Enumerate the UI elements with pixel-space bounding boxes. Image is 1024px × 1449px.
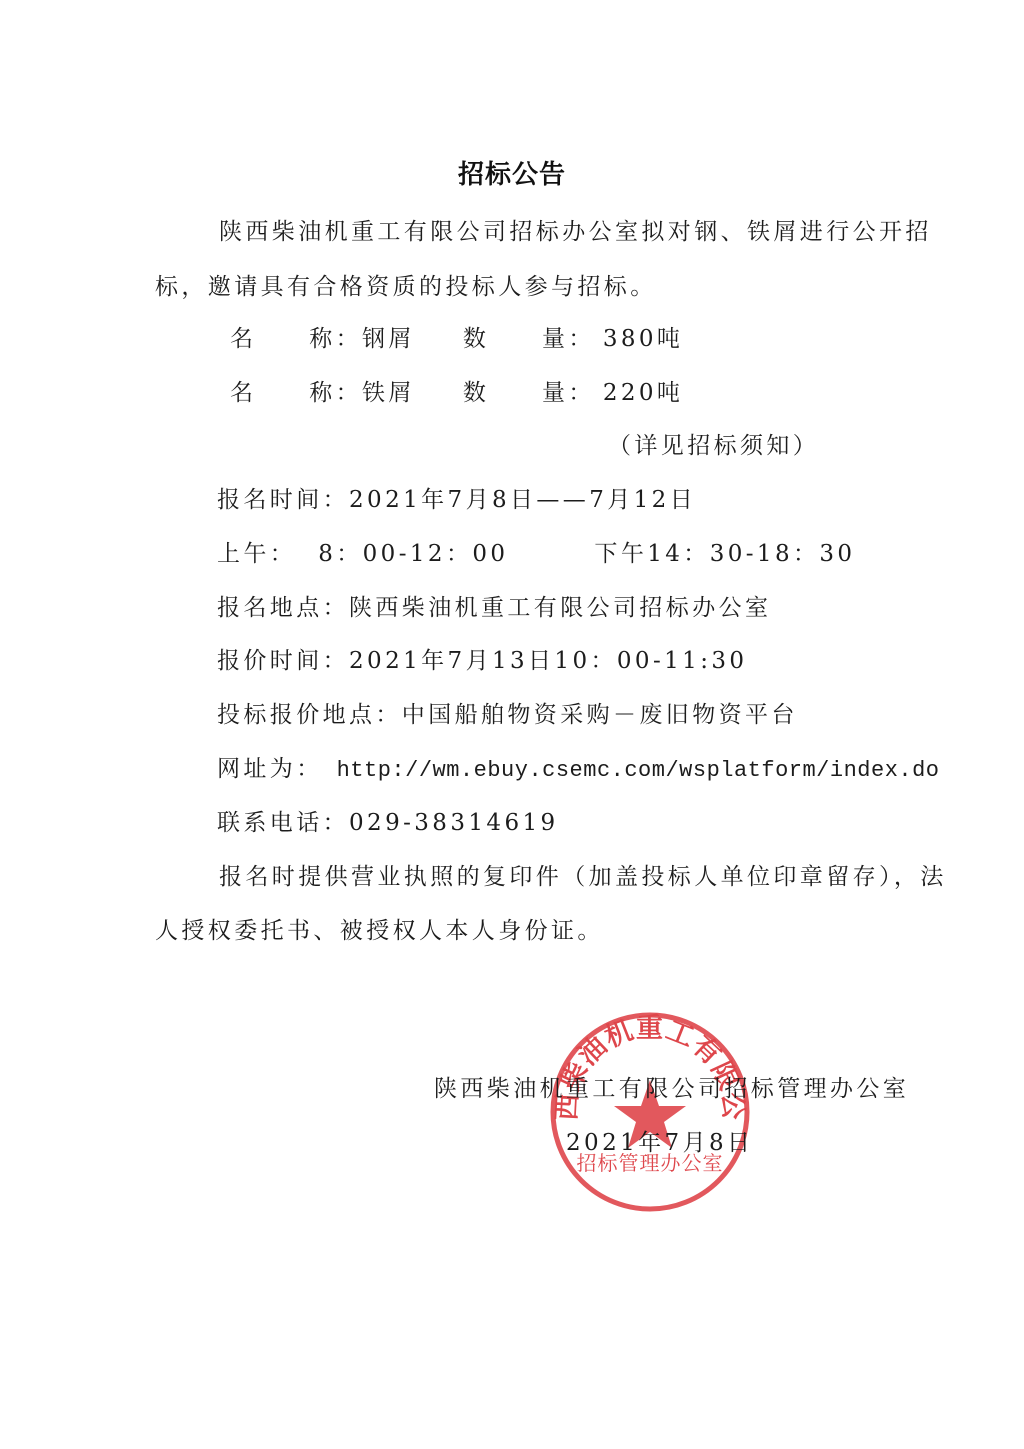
requirements-line-2: 人授权委托书、被授权人本人身份证。 bbox=[155, 916, 604, 946]
item-qty-label: 数 量： bbox=[463, 326, 595, 352]
page-title: 招标公告 bbox=[0, 154, 1024, 191]
morning-label: 上午： bbox=[217, 541, 296, 567]
website-row: 网址为：http://wm.ebuy.csemc.com/wsplatform/… bbox=[217, 754, 940, 786]
item-qty-label: 数 量： bbox=[463, 380, 595, 406]
item-qty-value: 220吨 bbox=[603, 380, 684, 406]
item-row-iron: 名 称：铁屑数 量：220吨 bbox=[230, 378, 683, 408]
details-note: （详见招标须知） bbox=[608, 431, 819, 461]
item-row-steel: 名 称：钢屑数 量：380吨 bbox=[230, 324, 683, 354]
issue-date: 2021年7月8日 bbox=[566, 1128, 753, 1158]
registration-place: 报名地点：陕西柴油机重工有限公司招标办公室 bbox=[217, 593, 771, 623]
morning-hours: 8：00-12：00 bbox=[318, 541, 508, 567]
document-page: 招标公告 陕西柴油机重工有限公司招标办公室拟对钢、铁屑进行公开招 标，邀请具有合… bbox=[0, 0, 1024, 1449]
registration-time: 报名时间：2021年7月8日——7月12日 bbox=[217, 485, 696, 515]
issuer-org: 陕西柴油机重工有限公司招标管理办公室 bbox=[434, 1074, 909, 1104]
requirements-line-1: 报名时提供营业执照的复印件（加盖投标人单位印章留存），法 bbox=[219, 862, 947, 892]
quote-time: 报价时间：2021年7月13日10：00-11:30 bbox=[217, 646, 747, 676]
website-link[interactable]: http://wm.ebuy.csemc.com/wsplatform/inde… bbox=[337, 758, 940, 783]
bid-place: 投标报价地点：中国船舶物资采购－废旧物资平台 bbox=[217, 700, 798, 730]
svg-text:陕西柴油机重工有限公司: 陕西柴油机重工有限公司 bbox=[548, 1010, 749, 1121]
intro-line-2: 标，邀请具有合格资质的投标人参与招标。 bbox=[155, 272, 657, 302]
contact-phone: 联系电话：029-38314619 bbox=[217, 808, 559, 838]
official-seal-icon: 陕西柴油机重工有限公司 招标管理办公室 bbox=[548, 1010, 752, 1214]
item-name-label: 名 称： bbox=[230, 380, 362, 406]
website-label: 网址为： bbox=[217, 756, 323, 782]
office-hours: 上午：8：00-12：00下午14：30-18：30 bbox=[217, 539, 855, 569]
item-qty-value: 380吨 bbox=[603, 326, 684, 352]
intro-line-1: 陕西柴油机重工有限公司招标办公室拟对钢、铁屑进行公开招 bbox=[219, 217, 932, 247]
item-name-label: 名 称： bbox=[230, 326, 362, 352]
item-name-value: 钢屑 bbox=[362, 326, 415, 352]
afternoon-hours: 下午14：30-18：30 bbox=[594, 541, 855, 567]
item-name-value: 铁屑 bbox=[362, 380, 415, 406]
